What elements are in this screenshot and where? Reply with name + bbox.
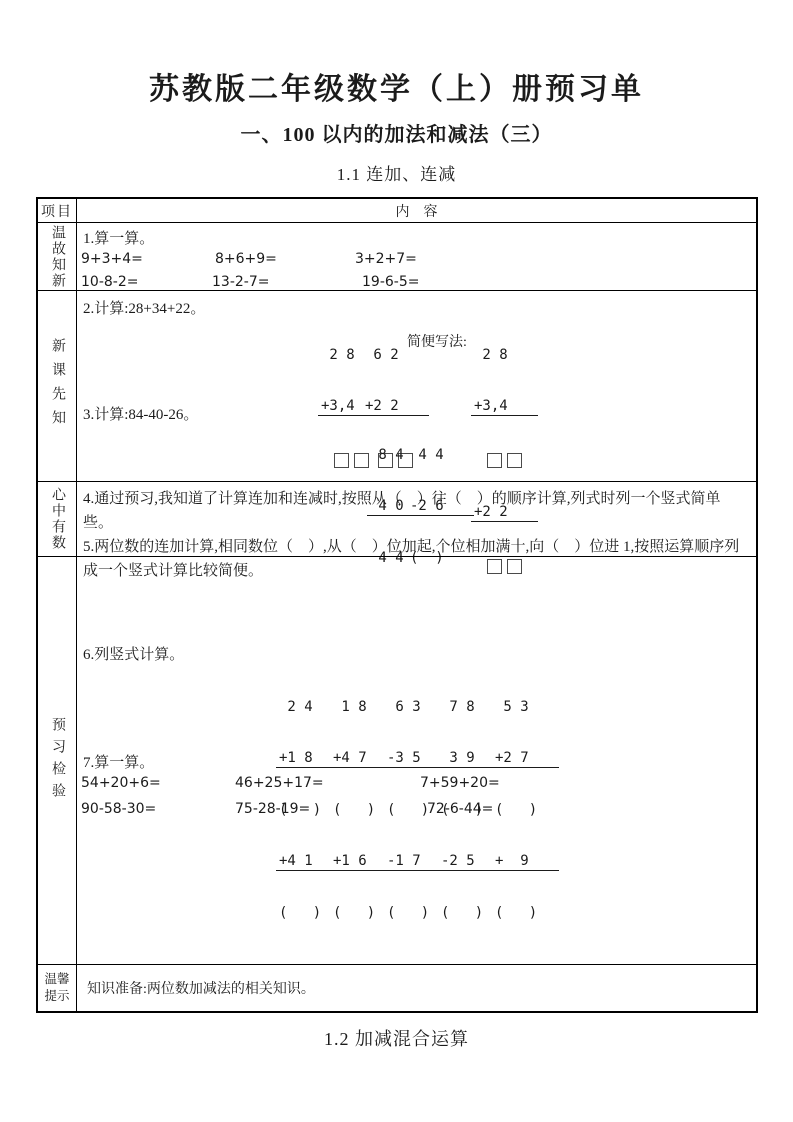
equation: 54+20+6= (81, 775, 161, 791)
shortcut-label: 简便写法: (407, 331, 467, 351)
result-blank: ( ) (492, 905, 559, 922)
question-3: 3.计算:84-40-26。 (83, 403, 198, 424)
new-lesson-content: 2.计算:28+34+22。 2 8 +3,4 6 2 +2 2 简便写法: 2… (77, 291, 756, 482)
result-blank: ( ) (492, 802, 559, 819)
worksheet-page: 苏教版二年级数学（上）册预习单 一、100 以内的加法和减法（三） 1.1 连加… (0, 0, 793, 1122)
row-label-tip-text: 温馨 提示 (44, 971, 69, 1005)
equation: 19-6-5= (362, 274, 419, 290)
answer-boxes (471, 453, 538, 468)
mind-content: 4.通过预习,我知道了计算连加和连减时,按照从（ ）往（ ）的顺序计算,列式时列… (77, 482, 756, 557)
operator-row: +2 7 (492, 750, 559, 768)
row-label-mind: 心中有数 (38, 482, 77, 557)
header-content-column: 内 容 (77, 199, 756, 223)
unit-title: 一、100 以内的加法和减法（三） (0, 118, 793, 147)
equation: 90-58-30= (81, 801, 156, 817)
question-1: 1.算一算。 (83, 227, 154, 248)
review-content: 1.算一算。 9+3+4= 8+6+9= 3+2+7= 10-8-2= 13-2… (77, 223, 756, 291)
equation: 3+2+7= (355, 251, 417, 267)
operand: 5 3 (492, 699, 559, 716)
next-section-title: 1.2 加减混合运算 (0, 1025, 793, 1051)
equation: 9+3+4= (81, 251, 143, 267)
row-label-check: 预习检验 (38, 557, 77, 965)
tip-content: 知识准备:两位数加减法的相关知识。 (77, 965, 756, 1011)
tip-label-line1: 温馨 (44, 971, 69, 988)
equation: 7+59+20= (420, 775, 500, 791)
row-label-tip: 温馨 提示 (38, 965, 77, 1011)
question-6: 6.列竖式计算。 (83, 643, 184, 664)
check-content: 6.列竖式计算。 2 4 +1 8 ( ) +4 1 ( ) 1 8 +4 7 … (77, 557, 756, 965)
row-label-new-lesson: 新课先知 (38, 291, 77, 482)
row-label-review: 温故知新 (38, 223, 77, 291)
equation: 75-28-19= (235, 801, 310, 817)
section-title: 1.1 连加、连减 (0, 160, 793, 185)
row-label-check-text: 预习检验 (47, 717, 67, 805)
row-label-new-lesson-text: 新课先知 (47, 338, 67, 434)
answer-box (487, 453, 502, 468)
minuend: 4 4 (407, 447, 474, 464)
equation: 46+25+17= (235, 775, 324, 791)
question-2: 2.计算:28+34+22。 (83, 297, 205, 318)
equation: 13-2-7= (212, 274, 269, 290)
row-label-mind-text: 心中有数 (47, 487, 67, 551)
page-title: 苏教版二年级数学（上）册预习单 (0, 64, 793, 108)
equation: 10-8-2= (81, 274, 138, 290)
vertical-computation-5: 5 3 +2 7 ( ) + 9 ( ) (492, 665, 559, 956)
question-4: 4.通过预习,我知道了计算连加和连减时,按照从（ ）往（ ）的顺序计算,列式时列… (77, 482, 756, 535)
operator-row: + 9 (492, 853, 559, 871)
tip-label-line2: 提示 (44, 988, 69, 1005)
addend: 2 8 (471, 347, 538, 364)
worksheet-table: 项目 内 容 温故知新 1.算一算。 9+3+4= 8+6+9= 3+2+7= … (36, 197, 758, 1013)
header-item-column: 项目 (38, 199, 77, 223)
answer-box (507, 453, 522, 468)
answer-box (334, 453, 349, 468)
equation: 72-6-44= (427, 801, 493, 817)
row-label-review-text: 温故知新 (47, 225, 67, 289)
equation: 8+6+9= (215, 251, 277, 267)
question-7: 7.算一算。 (83, 751, 154, 772)
addend-operator-row: +3,4 (471, 398, 538, 416)
